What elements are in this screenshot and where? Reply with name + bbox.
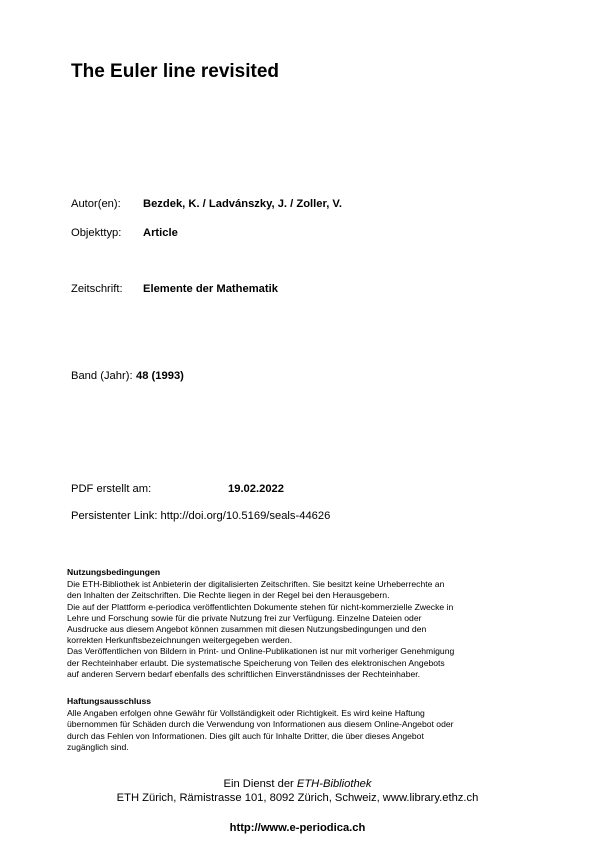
journal-value: Elemente der Mathematik: [143, 283, 278, 295]
disclaimer-section: Haftungsausschluss Alle Angaben erfolgen…: [67, 696, 547, 753]
author-value: Bezdek, K. / Ladvánszky, J. / Zoller, V.: [143, 198, 342, 210]
terms-line: korrekten Herkunftsbezeichnungen weiterg…: [67, 635, 547, 646]
persistent-link-label: Persistenter Link:: [71, 510, 157, 522]
footer-url-link[interactable]: http://www.e-periodica.ch: [0, 822, 595, 834]
disclaimer-text: Alle Angaben erfolgen ohne Gewähr für Vo…: [67, 708, 547, 753]
object-type-value: Article: [143, 227, 178, 239]
volume-year-value: 48 (1993): [136, 370, 184, 382]
persistent-link: Persistenter Link: http://doi.org/10.516…: [71, 510, 330, 522]
document-title: The Euler line revisited: [71, 61, 279, 83]
pdf-created-label: PDF erstellt am:: [71, 483, 151, 495]
object-type-label: Objekttyp:: [71, 227, 121, 239]
terms-of-use-heading: Nutzungsbedingungen: [67, 567, 547, 578]
terms-line: Die auf der Plattform e-periodica veröff…: [67, 602, 547, 613]
persistent-link-url[interactable]: http://doi.org/10.5169/seals-44626: [161, 510, 331, 522]
volume-year-label: Band (Jahr):: [71, 370, 133, 382]
disclaimer-line: durch das Fehlen von Informationen. Dies…: [67, 731, 547, 742]
terms-of-use-section: Nutzungsbedingungen Die ETH-Bibliothek i…: [67, 567, 547, 680]
footer-address: ETH Zürich, Rämistrasse 101, 8092 Zürich…: [0, 791, 595, 805]
terms-line: Ausdrucke aus diesem Angebot können zusa…: [67, 624, 547, 635]
author-label: Autor(en):: [71, 198, 121, 210]
terms-line: Das Veröffentlichen von Bildern in Print…: [67, 646, 547, 657]
terms-line: auf anderen Servern bedarf ebenfalls des…: [67, 669, 547, 680]
footer-service-prefix: Ein Dienst der: [224, 778, 294, 790]
disclaimer-line: Alle Angaben erfolgen ohne Gewähr für Vo…: [67, 708, 547, 719]
footer-service-name: ETH-Bibliothek: [297, 778, 372, 790]
terms-line: der Rechteinhaber erlaubt. Die systemati…: [67, 658, 547, 669]
disclaimer-heading: Haftungsausschluss: [67, 696, 547, 707]
disclaimer-line: übernommen für Schäden durch die Verwend…: [67, 719, 547, 730]
terms-line: den Inhalten der Zeitschriften. Die Rech…: [67, 590, 547, 601]
disclaimer-line: zugänglich sind.: [67, 742, 547, 753]
footer-service: Ein Dienst der ETH-Bibliothek: [0, 777, 595, 791]
terms-line: Die ETH-Bibliothek ist Anbieterin der di…: [67, 579, 547, 590]
journal-label: Zeitschrift:: [71, 283, 123, 295]
pdf-created-date: 19.02.2022: [228, 483, 284, 495]
terms-of-use-text: Die ETH-Bibliothek ist Anbieterin der di…: [67, 579, 547, 680]
terms-line: Lehre und Forschung sowie für die privat…: [67, 613, 547, 624]
